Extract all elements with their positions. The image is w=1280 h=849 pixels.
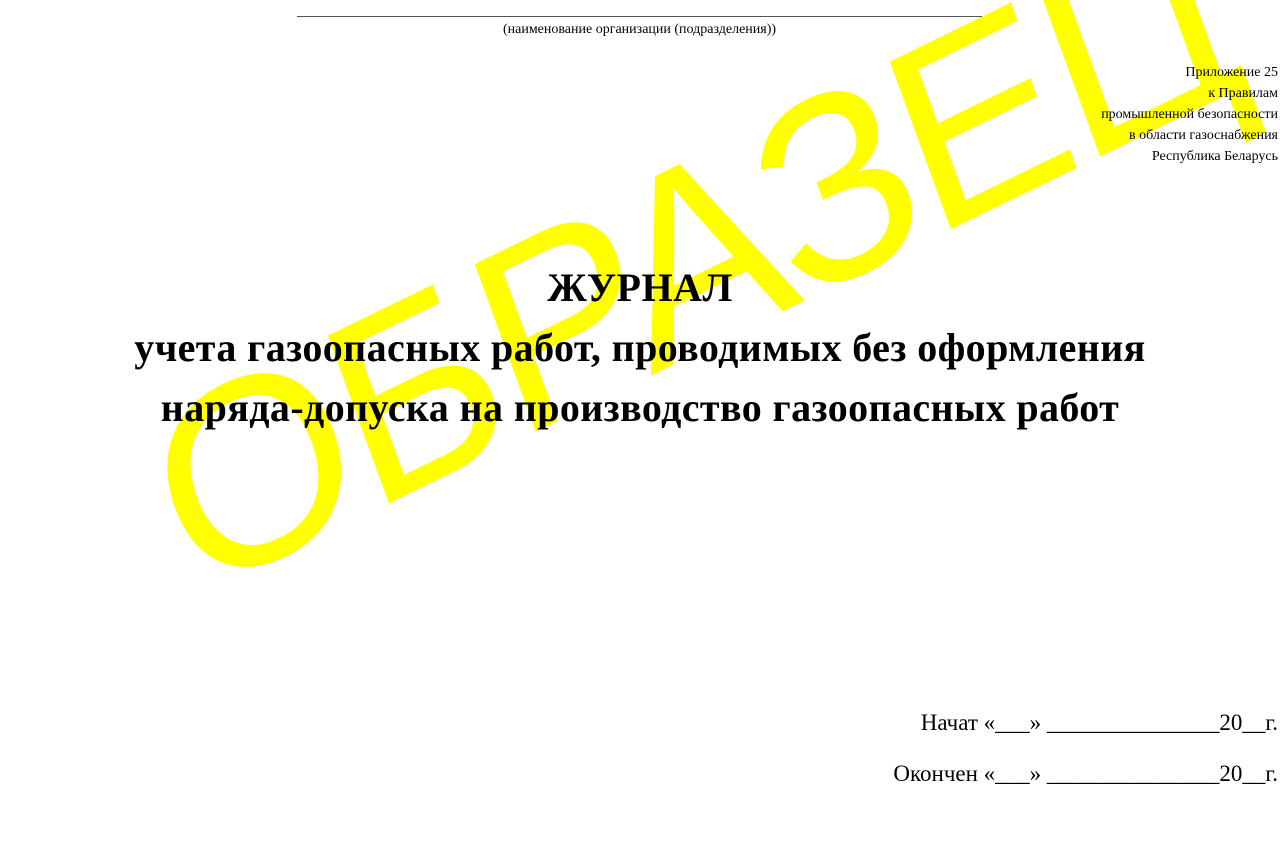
end-year-blank: 20__г. xyxy=(1219,761,1278,786)
start-date-label: Начат xyxy=(921,710,978,735)
title-subtitle-line-2: наряда-допуска на производство газоопасн… xyxy=(0,378,1280,438)
journal-dates: Начат «___» _______________20__г. Оконче… xyxy=(893,697,1278,799)
title-subtitle-line-1: учета газоопасных работ, проводимых без … xyxy=(0,318,1280,378)
start-date-row: Начат «___» _______________20__г. xyxy=(893,697,1278,748)
end-month-blank: _______________ xyxy=(1047,761,1220,786)
title-heading: ЖУРНАЛ xyxy=(0,258,1280,318)
appendix-line: к Правилам xyxy=(1101,83,1278,104)
organization-name-line xyxy=(297,16,982,17)
appendix-reference: Приложение 25 к Правилам промышленной бе… xyxy=(1101,62,1278,167)
end-date-label: Окончен xyxy=(893,761,978,786)
start-day-blank: «___» xyxy=(984,710,1042,735)
appendix-line: Приложение 25 xyxy=(1101,62,1278,83)
organization-caption: (наименование организации (подразделения… xyxy=(297,20,982,40)
document-page: ОБРАЗЕЦ (наименование организации (подра… xyxy=(0,0,1280,849)
end-date-row: Окончен «___» _______________20__г. xyxy=(893,748,1278,799)
appendix-line: промышленной безопасности xyxy=(1101,104,1278,125)
end-day-blank: «___» xyxy=(984,761,1042,786)
appendix-line: в области газоснабжения xyxy=(1101,125,1278,146)
appendix-line: Республика Беларусь xyxy=(1101,146,1278,167)
start-year-blank: 20__г. xyxy=(1219,710,1278,735)
start-month-blank: _______________ xyxy=(1047,710,1220,735)
document-title: ЖУРНАЛ учета газоопасных работ, проводим… xyxy=(0,258,1280,438)
